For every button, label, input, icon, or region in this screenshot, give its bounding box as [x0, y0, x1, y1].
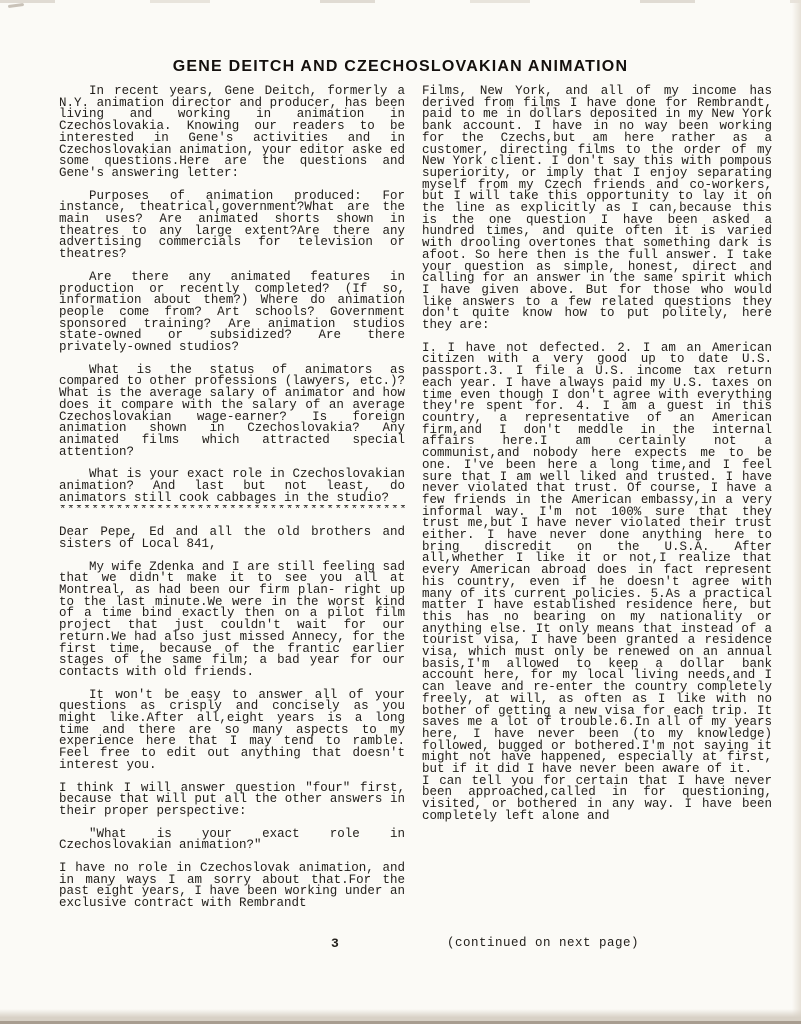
editor-intro: In recent years, Gene Deitch, formerly a…	[59, 86, 405, 180]
question-status: What is the status of animators as compa…	[59, 365, 405, 459]
para-numbered-answers: I. I have not defected. 2. I am an Ameri…	[422, 343, 772, 776]
scan-corner-mark	[8, 3, 24, 8]
asterisk-divider: ****************************************…	[59, 505, 405, 517]
question-role: What is your exact role in Czechoslovaki…	[59, 469, 405, 504]
scan-edge-bottom	[0, 1009, 801, 1024]
right-column: Films, New York, and all of my income ha…	[422, 86, 772, 921]
question-features: Are there any animated features in produ…	[59, 272, 405, 354]
scan-edge-top	[0, 0, 801, 3]
salutation: Dear Pepe, Ed and all the old brothers a…	[59, 527, 405, 550]
question-purposes: Purposes of animation produced: For inst…	[59, 191, 405, 261]
page-title: GENE DEITCH AND CZECHOSLOVAKIAN ANIMATIO…	[0, 58, 801, 76]
quoted-question: "What is your exact role in Czechoslovak…	[59, 829, 405, 852]
two-column-text: In recent years, Gene Deitch, formerly a…	[59, 86, 772, 921]
page-number: 3	[331, 936, 339, 951]
left-column: In recent years, Gene Deitch, formerly a…	[59, 86, 405, 921]
para-montreal: My wife Zdenka and I are still feeling s…	[59, 562, 405, 679]
para-answer-four: I think I will answer question "four" fi…	[59, 783, 405, 818]
para-edit: It won't be easy to answer all of your q…	[59, 690, 405, 772]
scan-edge-right	[792, 0, 801, 1024]
para-rembrandt: Films, New York, and all of my income ha…	[422, 86, 772, 332]
document-page: GENE DEITCH AND CZECHOSLOVAKIAN ANIMATIO…	[0, 0, 801, 1024]
continued-note: (continued on next page)	[447, 936, 639, 950]
para-never-approached: I can tell you for certain that I have n…	[422, 776, 772, 823]
para-no-role: I have no role in Czechoslovak animation…	[59, 863, 405, 910]
